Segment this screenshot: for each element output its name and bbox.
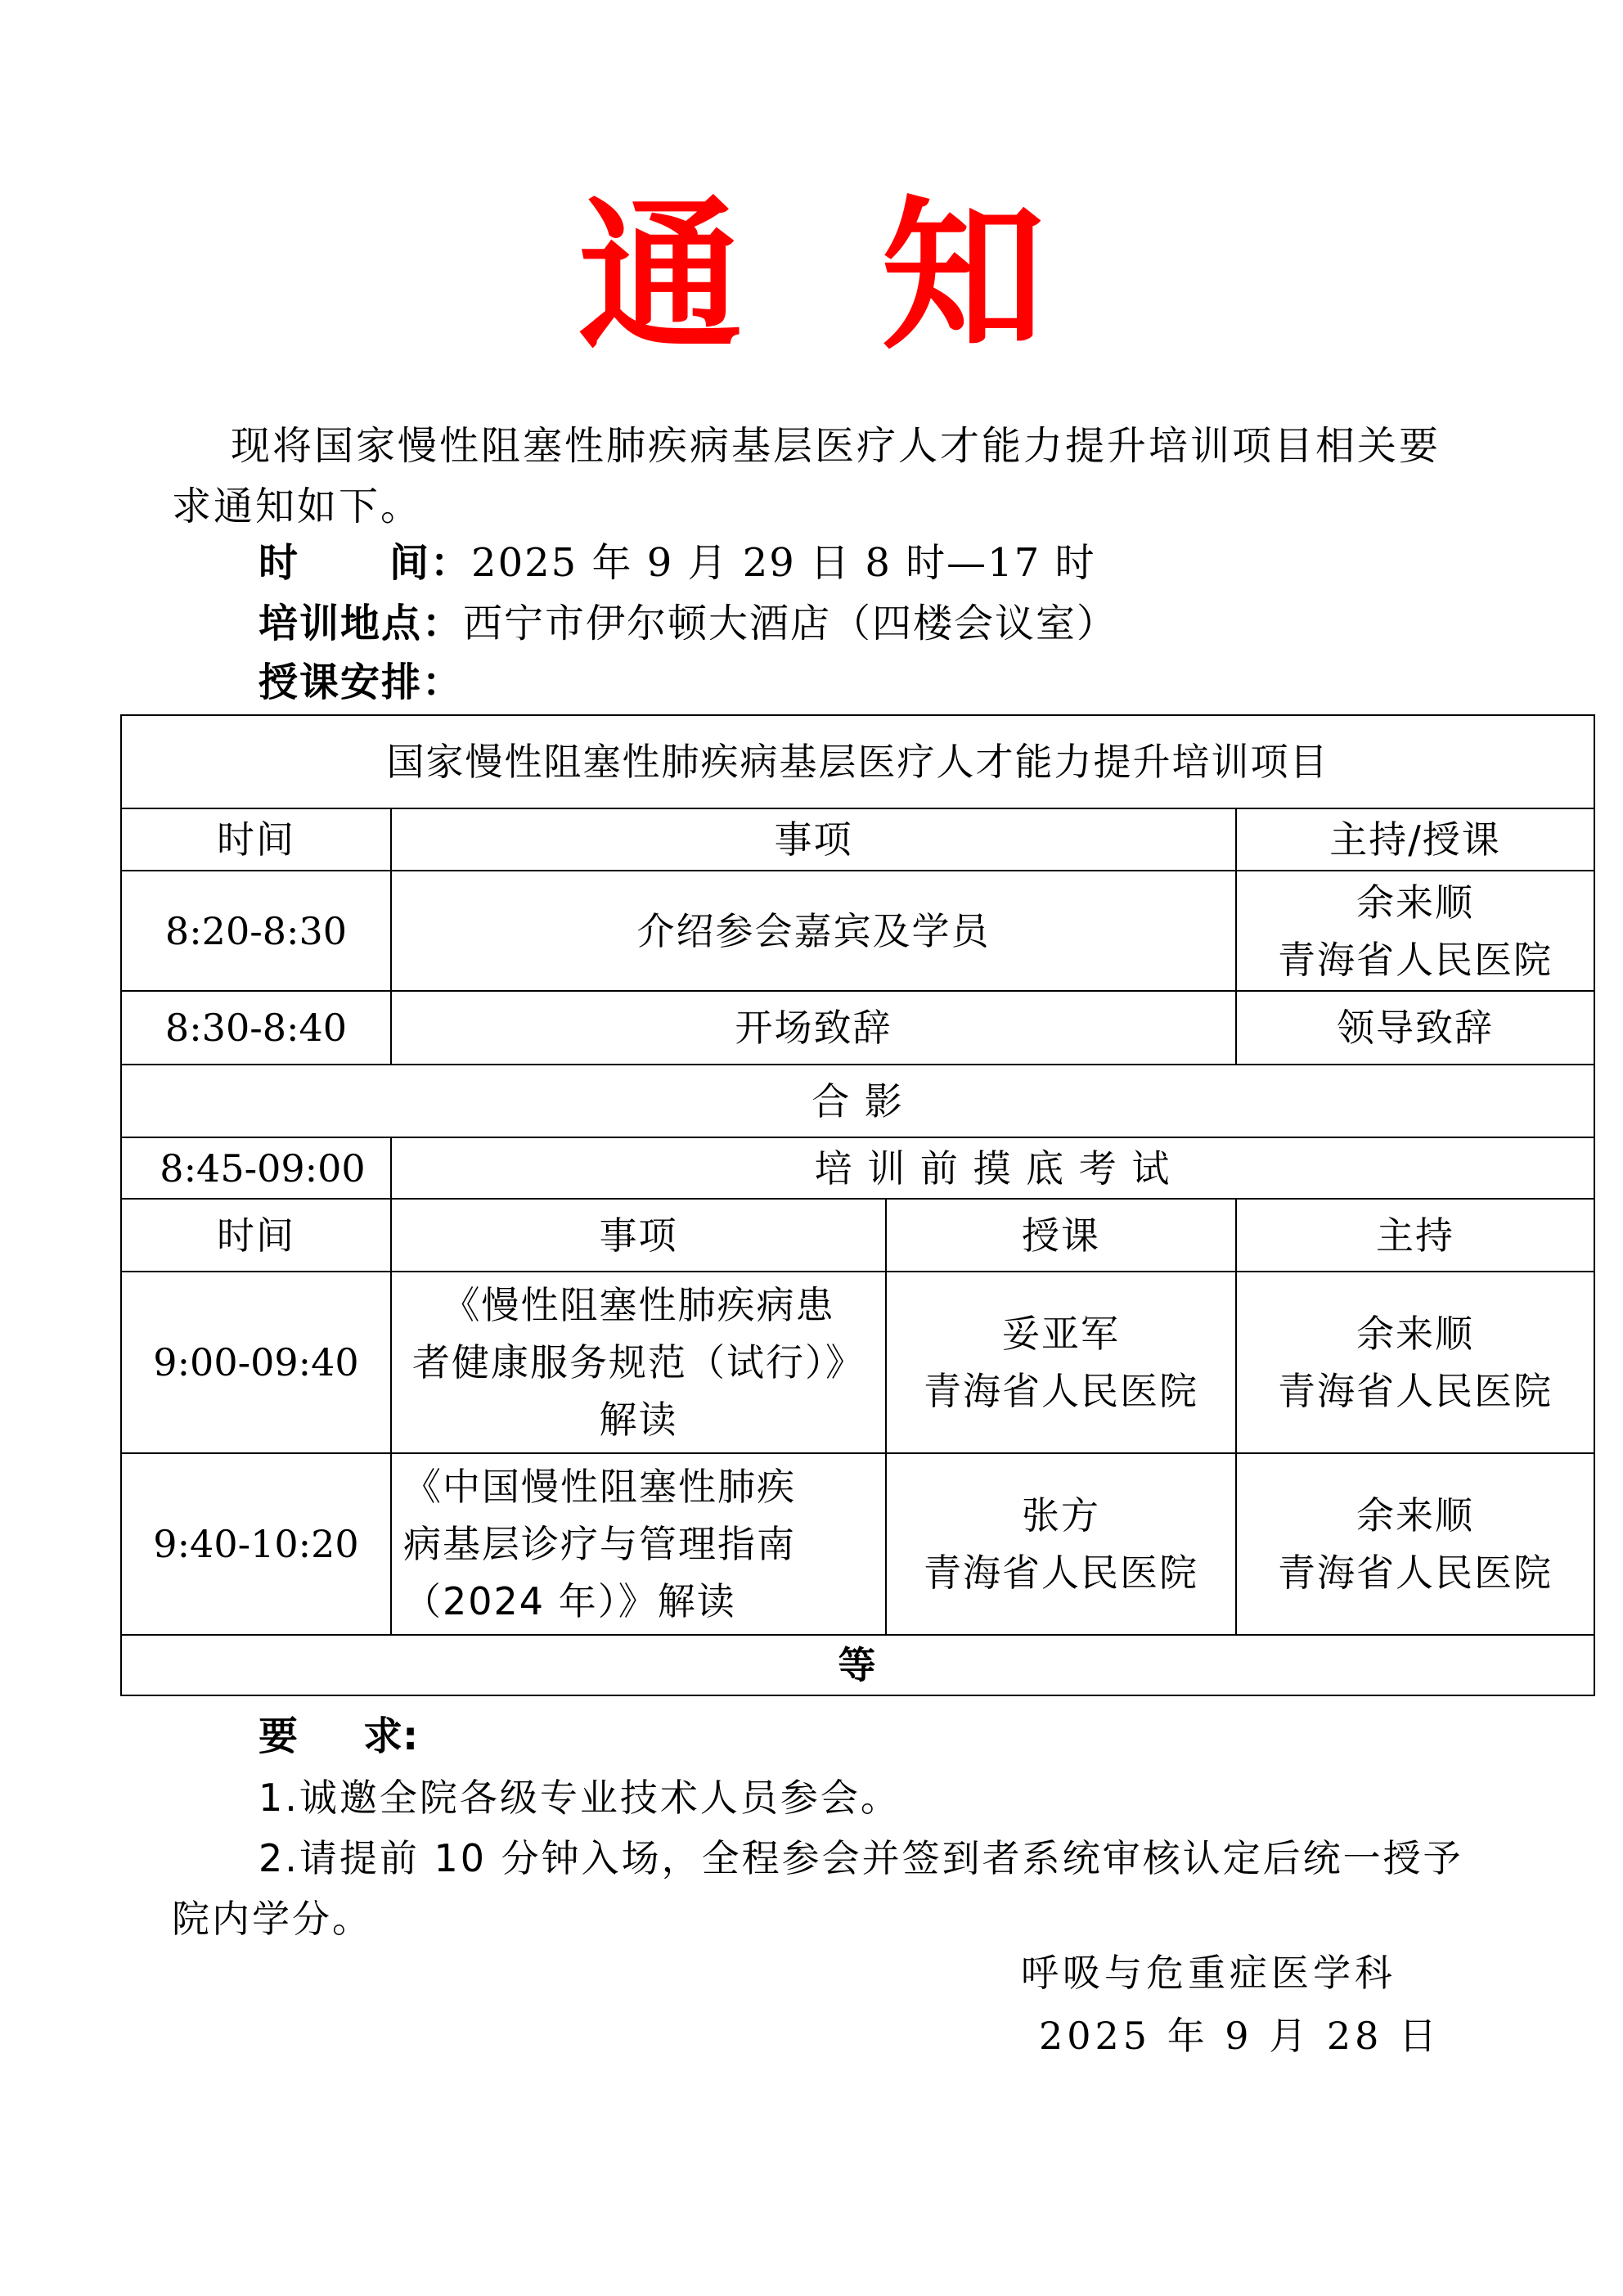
table-row: 8:30-8:40 开场致辞 领导致辞	[121, 991, 1594, 1065]
title-char-1: 通	[578, 187, 742, 367]
table-row: 9:00-09:40 《慢性阻塞性肺疾病患 者健康服务规范（试行）》 解读 妥亚…	[121, 1272, 1594, 1453]
table-caption-row: 国家慢性阻塞性肺疾病基层医疗人才能力提升培训项目	[121, 715, 1594, 808]
row-time: 9:40-10:20	[121, 1453, 391, 1635]
header-item: 事项	[391, 1199, 886, 1272]
header-item: 事项	[391, 808, 1236, 871]
table-row: 8:20-8:30 介绍参会嘉宾及学员 余来顺 青海省人民医院	[121, 871, 1594, 991]
row-person: 余来顺 青海省人民医院	[1236, 871, 1594, 991]
header-time: 时间	[121, 1199, 391, 1272]
row-time: 9:00-09:40	[121, 1272, 391, 1453]
row-host: 余来顺 青海省人民医院	[1236, 1272, 1594, 1453]
exam-item: 培 训 前 摸 底 考 试	[391, 1137, 1594, 1199]
table-caption: 国家慢性阻塞性肺疾病基层医疗人才能力提升培训项目	[121, 715, 1594, 808]
row-item: 《中国慢性阻塞性肺疾 病基层诊疗与管理指南 （2024 年）》解读	[391, 1453, 886, 1635]
group-photo-row: 合 影	[121, 1065, 1594, 1137]
intro-paragraph: 现将国家慢性阻塞性肺疾病基层医疗人才能力提升培训项目相关要求通知如下。	[172, 416, 1464, 537]
header-host-lecturer: 主持/授课	[1236, 808, 1594, 871]
table-footer: 等	[121, 1635, 1594, 1695]
row-item: 介绍参会嘉宾及学员	[391, 871, 1236, 991]
location-value: 西宁市伊尔顿大酒店（四楼会议室）	[463, 601, 1117, 646]
signature-date: 2025 年 9 月 28 日	[1039, 2006, 1441, 2065]
requirement-item: 1.诚邀全院各级专业技术人员参会。	[172, 1767, 1481, 1828]
location-line: 培训地点：西宁市伊尔顿大酒店（四楼会议室）	[259, 594, 1117, 653]
exam-time: 8:45-09:00	[121, 1137, 391, 1199]
row-host: 余来顺 青海省人民医院	[1236, 1453, 1594, 1635]
header-host: 主持	[1236, 1199, 1594, 1272]
row-lecturer: 张方 青海省人民医院	[886, 1453, 1236, 1635]
title-char-2: 知	[881, 187, 1045, 367]
notice-title: 通知	[0, 187, 1623, 367]
time-label: 时间：	[259, 533, 471, 592]
exam-row: 8:45-09:00 培 训 前 摸 底 考 试	[121, 1137, 1594, 1199]
header-time: 时间	[121, 808, 391, 871]
schedule-table: 国家慢性阻塞性肺疾病基层医疗人才能力提升培训项目 时间 事项 主持/授课 8:2…	[120, 714, 1595, 1696]
requirement-item: 2.请提前 10 分钟入场，全程参会并签到者系统审核认定后统一授予院内学分。	[172, 1828, 1481, 1949]
requirements-label: 要求:	[259, 1707, 418, 1766]
time-value: 2025 年 9 月 29 日 8 时—17 时	[471, 540, 1095, 586]
row-person: 领导致辞	[1236, 991, 1594, 1065]
time-line: 时间：2025 年 9 月 29 日 8 时—17 时	[259, 533, 1096, 592]
row-item: 开场致辞	[391, 991, 1236, 1065]
header-lecturer: 授课	[886, 1199, 1236, 1272]
row-time: 8:20-8:30	[121, 871, 391, 991]
table-footer-row: 等	[121, 1635, 1594, 1695]
location-label: 培训地点：	[259, 601, 463, 646]
row-item: 《慢性阻塞性肺疾病患 者健康服务规范（试行）》 解读	[391, 1272, 886, 1453]
schedule-label: 授课安排：	[259, 660, 463, 705]
row-time: 8:30-8:40	[121, 991, 391, 1065]
table-header-row-2: 时间 事项 授课 主持	[121, 1199, 1594, 1272]
table-header-row: 时间 事项 主持/授课	[121, 808, 1594, 871]
group-photo: 合 影	[121, 1065, 1594, 1137]
signature-department: 呼吸与危重症医学科	[1021, 1943, 1396, 2002]
row-lecturer: 妥亚军 青海省人民医院	[886, 1272, 1236, 1453]
schedule-line: 授课安排：	[259, 653, 463, 712]
table-row: 9:40-10:20 《中国慢性阻塞性肺疾 病基层诊疗与管理指南 （2024 年…	[121, 1453, 1594, 1635]
